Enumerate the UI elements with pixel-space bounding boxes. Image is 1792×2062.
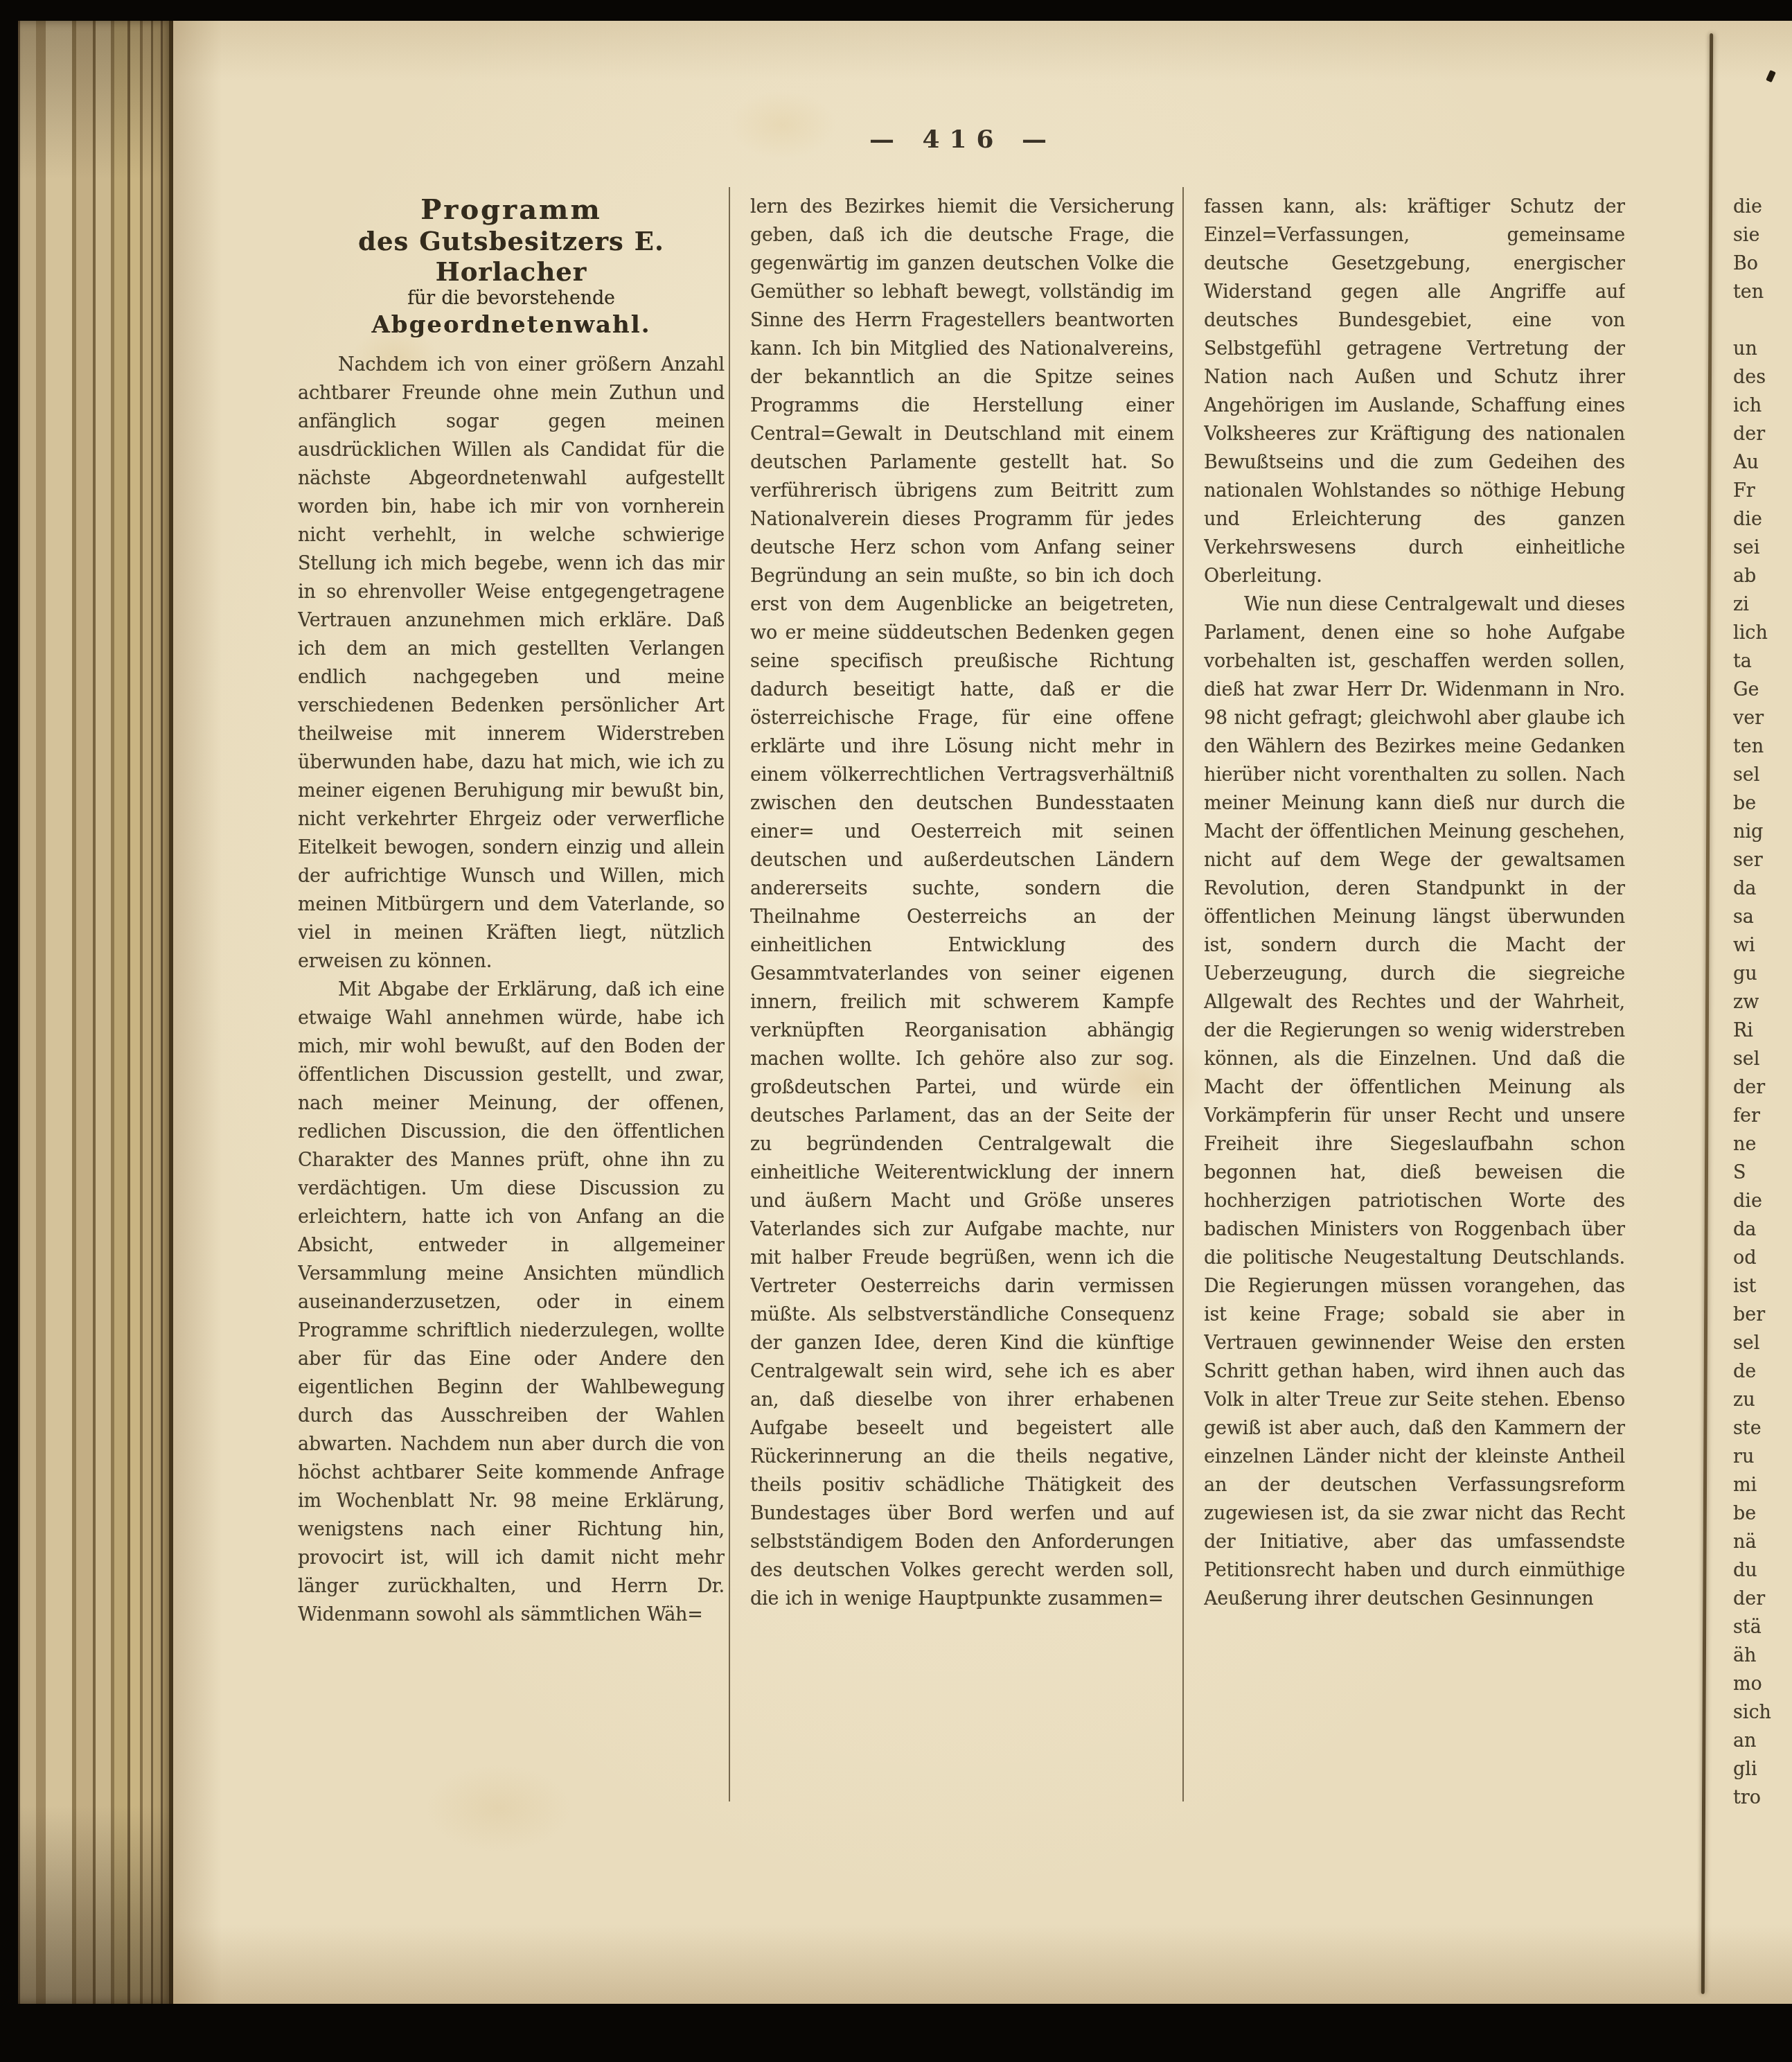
fragment-line: ste (1733, 1414, 1792, 1443)
column-2: lern des Bezirkes hiemit die Versicherun… (750, 193, 1174, 1849)
fragment-line: ver (1733, 704, 1792, 732)
paragraph: fassen kann, als: kräftiger Schutz der E… (1204, 193, 1625, 590)
fragment-line: mo (1733, 1670, 1792, 1698)
fragment-line: die (1733, 505, 1792, 534)
fragment-line: zu (1733, 1386, 1792, 1414)
fragment-line: S (1733, 1158, 1792, 1187)
fragment-line: Ge (1733, 676, 1792, 704)
fragment-line: Fr (1733, 477, 1792, 505)
fragment-line: sa (1733, 903, 1792, 931)
fragment-line: äh (1733, 1641, 1792, 1670)
fragment-line: Au (1733, 448, 1792, 477)
next-column-text-fragments: diesieBoten undesichderAuFrdieseiabzilic… (1733, 193, 1792, 1856)
scanned-book-page-photo: — 416 — Programm des Gutsbesitzers E. Ho… (0, 0, 1792, 2062)
fragment-line: sel (1733, 1329, 1792, 1357)
fragment-line: die (1733, 1187, 1792, 1215)
paragraph: lern des Bezirkes hiemit die Versicherun… (750, 193, 1174, 1613)
paragraph: Wie nun diese Centralgewalt und dieses P… (1204, 590, 1625, 1613)
fragment-line: mi (1733, 1471, 1792, 1499)
fragment-line: ser (1733, 846, 1792, 874)
fragment-line: od (1733, 1244, 1792, 1272)
fragment-line: ist (1733, 1272, 1792, 1301)
paragraph: Mit Abgabe der Erklärung, daß ich eine e… (298, 976, 725, 1629)
fragment-line: gli (1733, 1755, 1792, 1783)
ink-speck (1766, 70, 1776, 82)
fragment-line: an (1733, 1727, 1792, 1755)
fragment-line: der (1733, 1073, 1792, 1102)
paragraph: Nachdem ich von einer größern Anzahl ach… (298, 351, 725, 976)
fragment-line: Bo (1733, 249, 1792, 278)
page-edge-line (1701, 33, 1713, 1994)
fragment-line (1733, 306, 1792, 335)
fragment-line: der (1733, 420, 1792, 448)
fragment-line: ber (1733, 1301, 1792, 1329)
fragment-line: lich (1733, 619, 1792, 647)
fragment-line: Ri (1733, 1016, 1792, 1045)
column-1: Programm des Gutsbesitzers E. Horlacher … (298, 194, 725, 1843)
fragment-line: da (1733, 874, 1792, 903)
fragment-line: ich (1733, 391, 1792, 420)
fragment-line: sie (1733, 221, 1792, 249)
fragment-line: sel (1733, 1045, 1792, 1073)
page-number: — 416 — (797, 125, 1129, 154)
fragment-line: ne (1733, 1130, 1792, 1158)
fragment-line: nä (1733, 1528, 1792, 1556)
fragment-line: ten (1733, 278, 1792, 306)
fragment-line: ta (1733, 647, 1792, 676)
fragment-line: zw (1733, 988, 1792, 1016)
fragment-line: stä (1733, 1613, 1792, 1641)
fragment-line: da (1733, 1215, 1792, 1244)
fragment-line: fer (1733, 1102, 1792, 1130)
fragment-line: die (1733, 193, 1792, 221)
article-author-line: des Gutsbesitzers E. Horlacher (298, 226, 725, 287)
column-separator-rule (1182, 187, 1184, 1801)
fragment-line: ab (1733, 562, 1792, 590)
fragment-line: be (1733, 1499, 1792, 1528)
fragment-line: ten (1733, 732, 1792, 761)
fragment-line: du (1733, 1556, 1792, 1585)
fragment-line: tro (1733, 1783, 1792, 1812)
fragment-line: un (1733, 335, 1792, 363)
newspaper-page: — 416 — Programm des Gutsbesitzers E. Ho… (173, 21, 1792, 2004)
fragment-line: nig (1733, 818, 1792, 846)
book-binding-page-stack (18, 21, 173, 2004)
article-title: Programm (298, 194, 725, 226)
fragment-line: sel (1733, 761, 1792, 789)
article-heading: Programm des Gutsbesitzers E. Horlacher … (298, 194, 725, 340)
fragment-line: be (1733, 789, 1792, 818)
fragment-line: wi (1733, 931, 1792, 960)
article-subject-line: Abgeordnetenwahl. (298, 310, 725, 340)
column-3: fassen kann, als: kräftiger Schutz der E… (1204, 193, 1625, 1849)
fragment-line: gu (1733, 960, 1792, 988)
fragment-line: sei (1733, 534, 1792, 562)
fragment-line: der (1733, 1585, 1792, 1613)
fragment-line: sich (1733, 1698, 1792, 1727)
fragment-line: des (1733, 363, 1792, 391)
fragment-line: de (1733, 1357, 1792, 1386)
fragment-line: zi (1733, 590, 1792, 619)
fragment-line: ru (1733, 1443, 1792, 1471)
column-separator-rule (729, 187, 730, 1801)
article-subtitle: für die bevorstehende (298, 287, 725, 310)
